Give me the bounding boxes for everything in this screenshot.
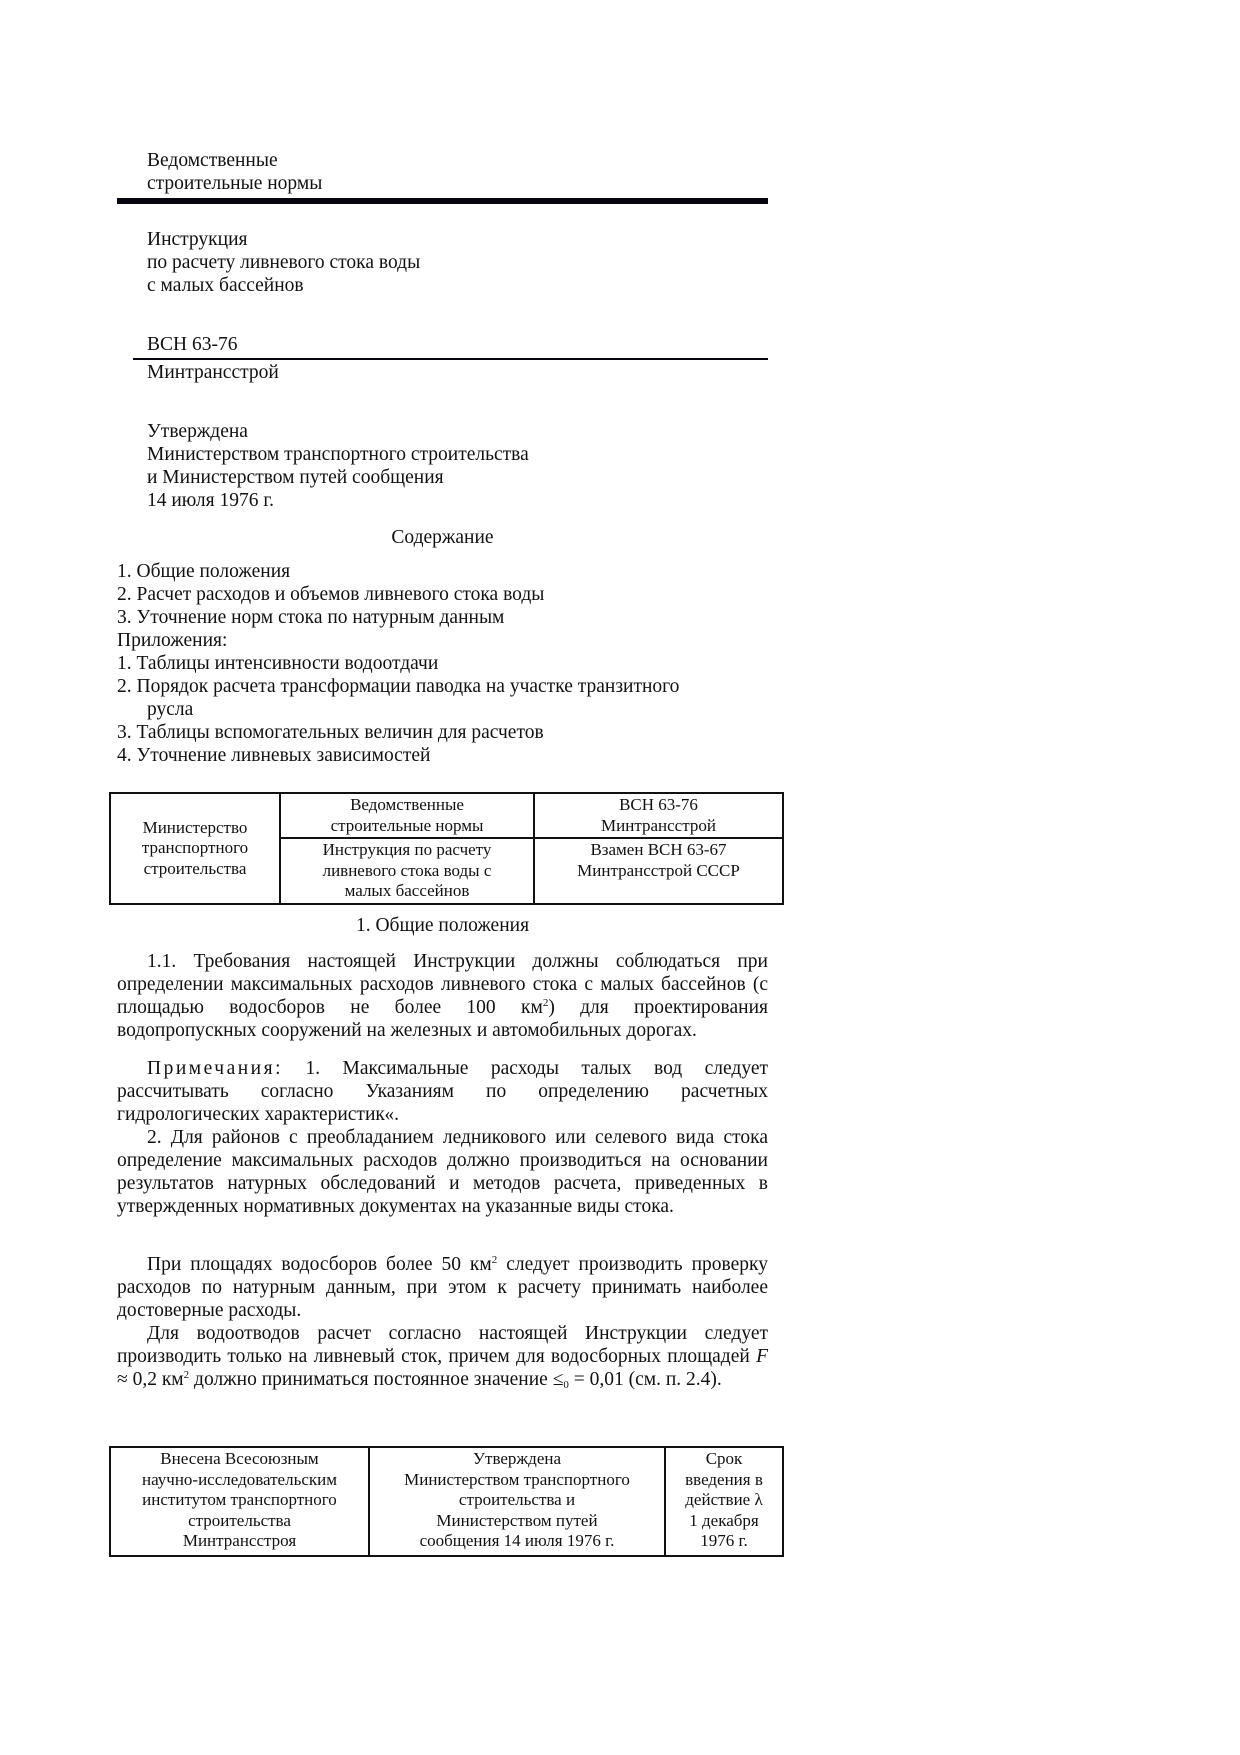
cell-line: сообщения 14 июля 1976 г. [374, 1531, 660, 1552]
cell-line: ливневого стока воды с [285, 861, 529, 882]
thin-divider [133, 358, 768, 360]
cell-line: строительства [115, 859, 275, 880]
p3-text: Для водоотводов расчет согласно настояще… [117, 1323, 768, 1367]
table-of-contents: 1. Общие положения 2. Расчет расходов и … [117, 560, 679, 767]
p2-text: При площадях водосборов более 50 км [147, 1254, 492, 1275]
ministry-name: Минтрансстрой [147, 361, 279, 384]
appendix-item-1[interactable]: 1. Таблицы интенсивности водоотдачи [117, 652, 679, 675]
document-title: Инструкция по расчету ливневого стока во… [147, 228, 420, 297]
cell-line: институтом транспортного [115, 1490, 364, 1511]
instruction-title-cell: Инструкция по расчету ливневого стока во… [280, 838, 534, 904]
paragraph-drainage: Для водоотводов расчет согласно настояще… [117, 1322, 768, 1391]
cell-line: Утверждена [374, 1449, 660, 1470]
doc-type-line2: строительные нормы [147, 172, 322, 195]
paragraph-area-check: При площадях водосборов более 50 км2 сле… [117, 1253, 768, 1322]
title-line1: Инструкция [147, 228, 420, 251]
cell-line: транспортного [115, 838, 275, 859]
p3-text-end: = 0,01 (см. п. 2.4). [569, 1369, 722, 1390]
cell-line: действие λ [670, 1490, 778, 1511]
appendix-item-2[interactable]: 2. Порядок расчета трансформации паводка… [117, 675, 679, 698]
variable-f: F [756, 1346, 768, 1367]
cell-line: введения в [670, 1470, 778, 1491]
cell-line: Ведомственные [285, 795, 529, 816]
approval-line2: Министерством транспортного строительств… [147, 443, 529, 466]
toc-heading: Содержание [117, 526, 768, 549]
note-1: Примечания: 1. Максимальные расходы талы… [117, 1057, 768, 1126]
approval-line3: и Министерством путей сообщения [147, 466, 529, 489]
title-line3: с малых бассейнов [147, 274, 420, 297]
approved-by-cell: Утверждена Министерством транспортного с… [369, 1447, 665, 1556]
cell-line: строительства [115, 1511, 364, 1532]
cell-line: 1976 г. [670, 1531, 778, 1552]
appendix-label: Приложения: [117, 629, 679, 652]
cell-line: строительные нормы [285, 816, 529, 837]
doc-type-header: Ведомственные строительные нормы [147, 149, 322, 195]
cell-line: малых бассейнов [285, 881, 529, 902]
appendix-item-2-continuation[interactable]: русла [117, 698, 679, 721]
document-code: ВСН 63-76 [147, 333, 237, 356]
cell-line: Взамен ВСН 63-67 [539, 840, 778, 861]
cell-line: Министерство [115, 818, 275, 839]
p3-text-3: должно приниматься постоянное значение [189, 1369, 553, 1390]
cell-line: строительства и [374, 1490, 660, 1511]
replaces-cell: Взамен ВСН 63-67 Минтрансстрой СССР [534, 838, 783, 904]
approval-line1: Утверждена [147, 420, 529, 443]
cell-line: Минтрансстроя [115, 1531, 364, 1552]
thick-divider [117, 198, 768, 204]
toc-item-3[interactable]: 3. Уточнение норм стока по натурным данн… [117, 606, 679, 629]
issuing-ministry-cell: Министерство транспортного строительства [110, 793, 280, 904]
appendix-item-4[interactable]: 4. Уточнение ливневых зависимостей [117, 744, 679, 767]
notes-label: Примечания: [147, 1058, 283, 1079]
toc-item-2[interactable]: 2. Расчет расходов и объемов ливневого с… [117, 583, 679, 606]
introduced-by-cell: Внесена Всесоюзным научно-исследовательс… [110, 1447, 369, 1556]
cell-line: Срок [670, 1449, 778, 1470]
p3-text-2: ≈ 0,2 км [117, 1369, 184, 1390]
approval-block: Утверждена Министерством транспортного с… [147, 420, 529, 512]
title-table: Министерство транспортного строительства… [109, 792, 784, 905]
symbol: ≤ [553, 1369, 564, 1390]
note-2: 2. Для районов с преобладанием ледниково… [117, 1126, 768, 1218]
cell-line: ВСН 63-76 [539, 795, 778, 816]
cell-line: Министерством путей [374, 1511, 660, 1532]
norm-type-cell: Ведомственные строительные нормы [280, 793, 534, 838]
code-cell: ВСН 63-76 Минтрансстрой [534, 793, 783, 838]
cell-line: Минтрансстрой [539, 816, 778, 837]
appendix-item-3[interactable]: 3. Таблицы вспомогательных величин для р… [117, 721, 679, 744]
doc-type-line1: Ведомственные [147, 149, 322, 172]
cell-line: научно-исследовательским [115, 1470, 364, 1491]
cell-line: Инструкция по расчету [285, 840, 529, 861]
footer-table: Внесена Всесоюзным научно-исследовательс… [109, 1446, 784, 1557]
title-line2: по расчету ливневого стока воды [147, 251, 420, 274]
cell-line: Внесена Всесоюзным [115, 1449, 364, 1470]
approval-date: 14 июля 1976 г. [147, 489, 529, 512]
section-1-heading: 1. Общие положения [117, 914, 768, 937]
cell-line: Минтрансстрой СССР [539, 861, 778, 882]
cell-line: 1 декабря [670, 1511, 778, 1532]
toc-item-1[interactable]: 1. Общие положения [117, 560, 679, 583]
effective-date-cell: Срок введения в действие λ 1 декабря 197… [665, 1447, 783, 1556]
paragraph-1-1: 1.1. Требования настоящей Инструкции дол… [117, 950, 768, 1042]
cell-line: Министерством транспортного [374, 1470, 660, 1491]
